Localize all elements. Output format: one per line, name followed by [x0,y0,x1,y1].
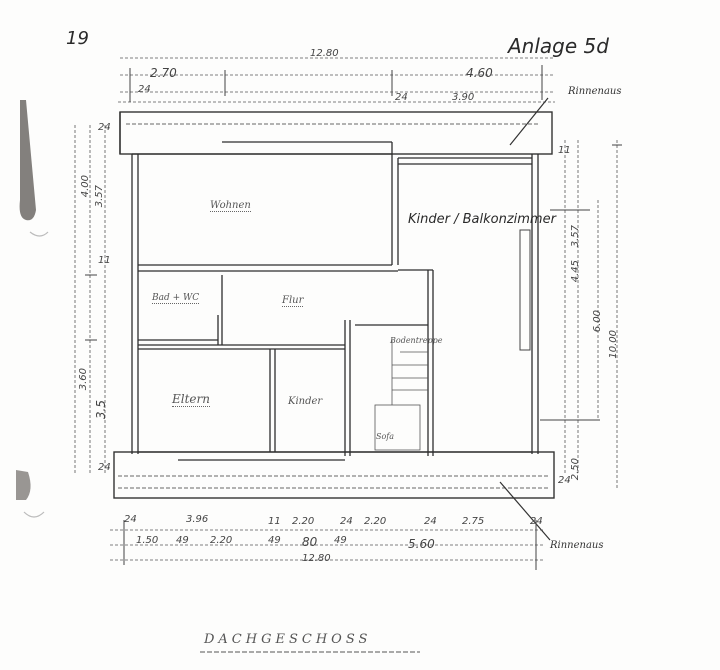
room-label-kinder: Kinder [288,396,322,407]
dim-top-inner-right: 3.90 [452,92,474,103]
annex-label: Anlage 5d [508,34,609,58]
dim-left-4: 3.5 [94,400,108,419]
dim-bottom-inner-3: 2.20 [364,516,386,527]
floor-plan-page: 19 Anlage 5d 12.80 2.70 4.60 3.90 24 24 … [0,0,720,670]
dim-bottom-small-1: 49 [176,535,189,546]
scan-shadow-mark [20,100,36,220]
dim-top-overall: 12.80 [310,48,339,59]
gutter-label-bottom: Rinnenaus [550,540,604,551]
dim-right-4: 6.00 [592,310,603,332]
room-label-sofa: Sofa [376,432,394,441]
room-label-kinder-balkonzimmer: Kinder / Balkonzimmer [408,210,528,230]
dim-left-wall-1: 24 [98,122,111,133]
page-number: 19 [66,28,89,49]
dim-bottom-inner-1: 3.96 [186,514,208,525]
dim-left-wall-3: 24 [98,462,111,473]
dim-right-wall-1: 11 [558,145,571,156]
dim-bottom-wall-5: 24 [530,516,543,527]
dim-right-overall: 10.00 [608,330,619,359]
gutter-label-top: Rinnenaus [568,86,622,97]
dim-bottom-overall: 12.80 [302,553,331,564]
dim-right-3: 2.50 [570,458,581,480]
dim-right-1: 3.57 [570,225,581,247]
dim-top-wall-b: 24 [395,92,408,103]
dim-bottom-seg-3: 80 [302,535,317,549]
dim-left-wall-2: 11 [98,255,111,266]
dim-bottom-seg-1: 1.50 [136,535,158,546]
dim-bottom-wall-2: 11 [268,516,281,527]
dim-bottom-small-2: 49 [268,535,281,546]
dim-bottom-seg-4: 5.60 [408,537,435,551]
dim-bottom-small-3: 49 [334,535,347,546]
dim-bottom-inner-4: 2.75 [462,516,484,527]
dim-bottom-seg-2: 2.20 [210,535,232,546]
dim-bottom-wall-4: 24 [424,516,437,527]
room-label-bad-wc: Bad + WC [152,293,199,304]
dim-right-2: 4.45 [570,260,581,282]
drawing-title: DACHGESCHOSS [204,632,371,647]
dim-bottom-wall-1: 24 [124,514,137,525]
dim-right-wall-2: 24 [558,475,571,486]
room-label-flur: Flur [282,295,303,307]
dim-left-2: 3.57 [94,185,105,207]
dim-left-1: 4.00 [80,175,91,197]
room-label-bodentreppe: Bodentreppe [390,336,426,346]
dim-bottom-inner-2: 2.20 [292,516,314,527]
dim-left-3: 3.60 [78,368,89,390]
dim-top-left: 2.70 [150,66,177,80]
dim-top-wall-a: 24 [138,84,151,95]
room-label-eltern: Eltern [172,392,210,407]
dim-top-right: 4.60 [466,66,493,80]
room-label-wohnen: Wohnen [210,200,251,212]
dim-bottom-wall-3: 24 [340,516,353,527]
